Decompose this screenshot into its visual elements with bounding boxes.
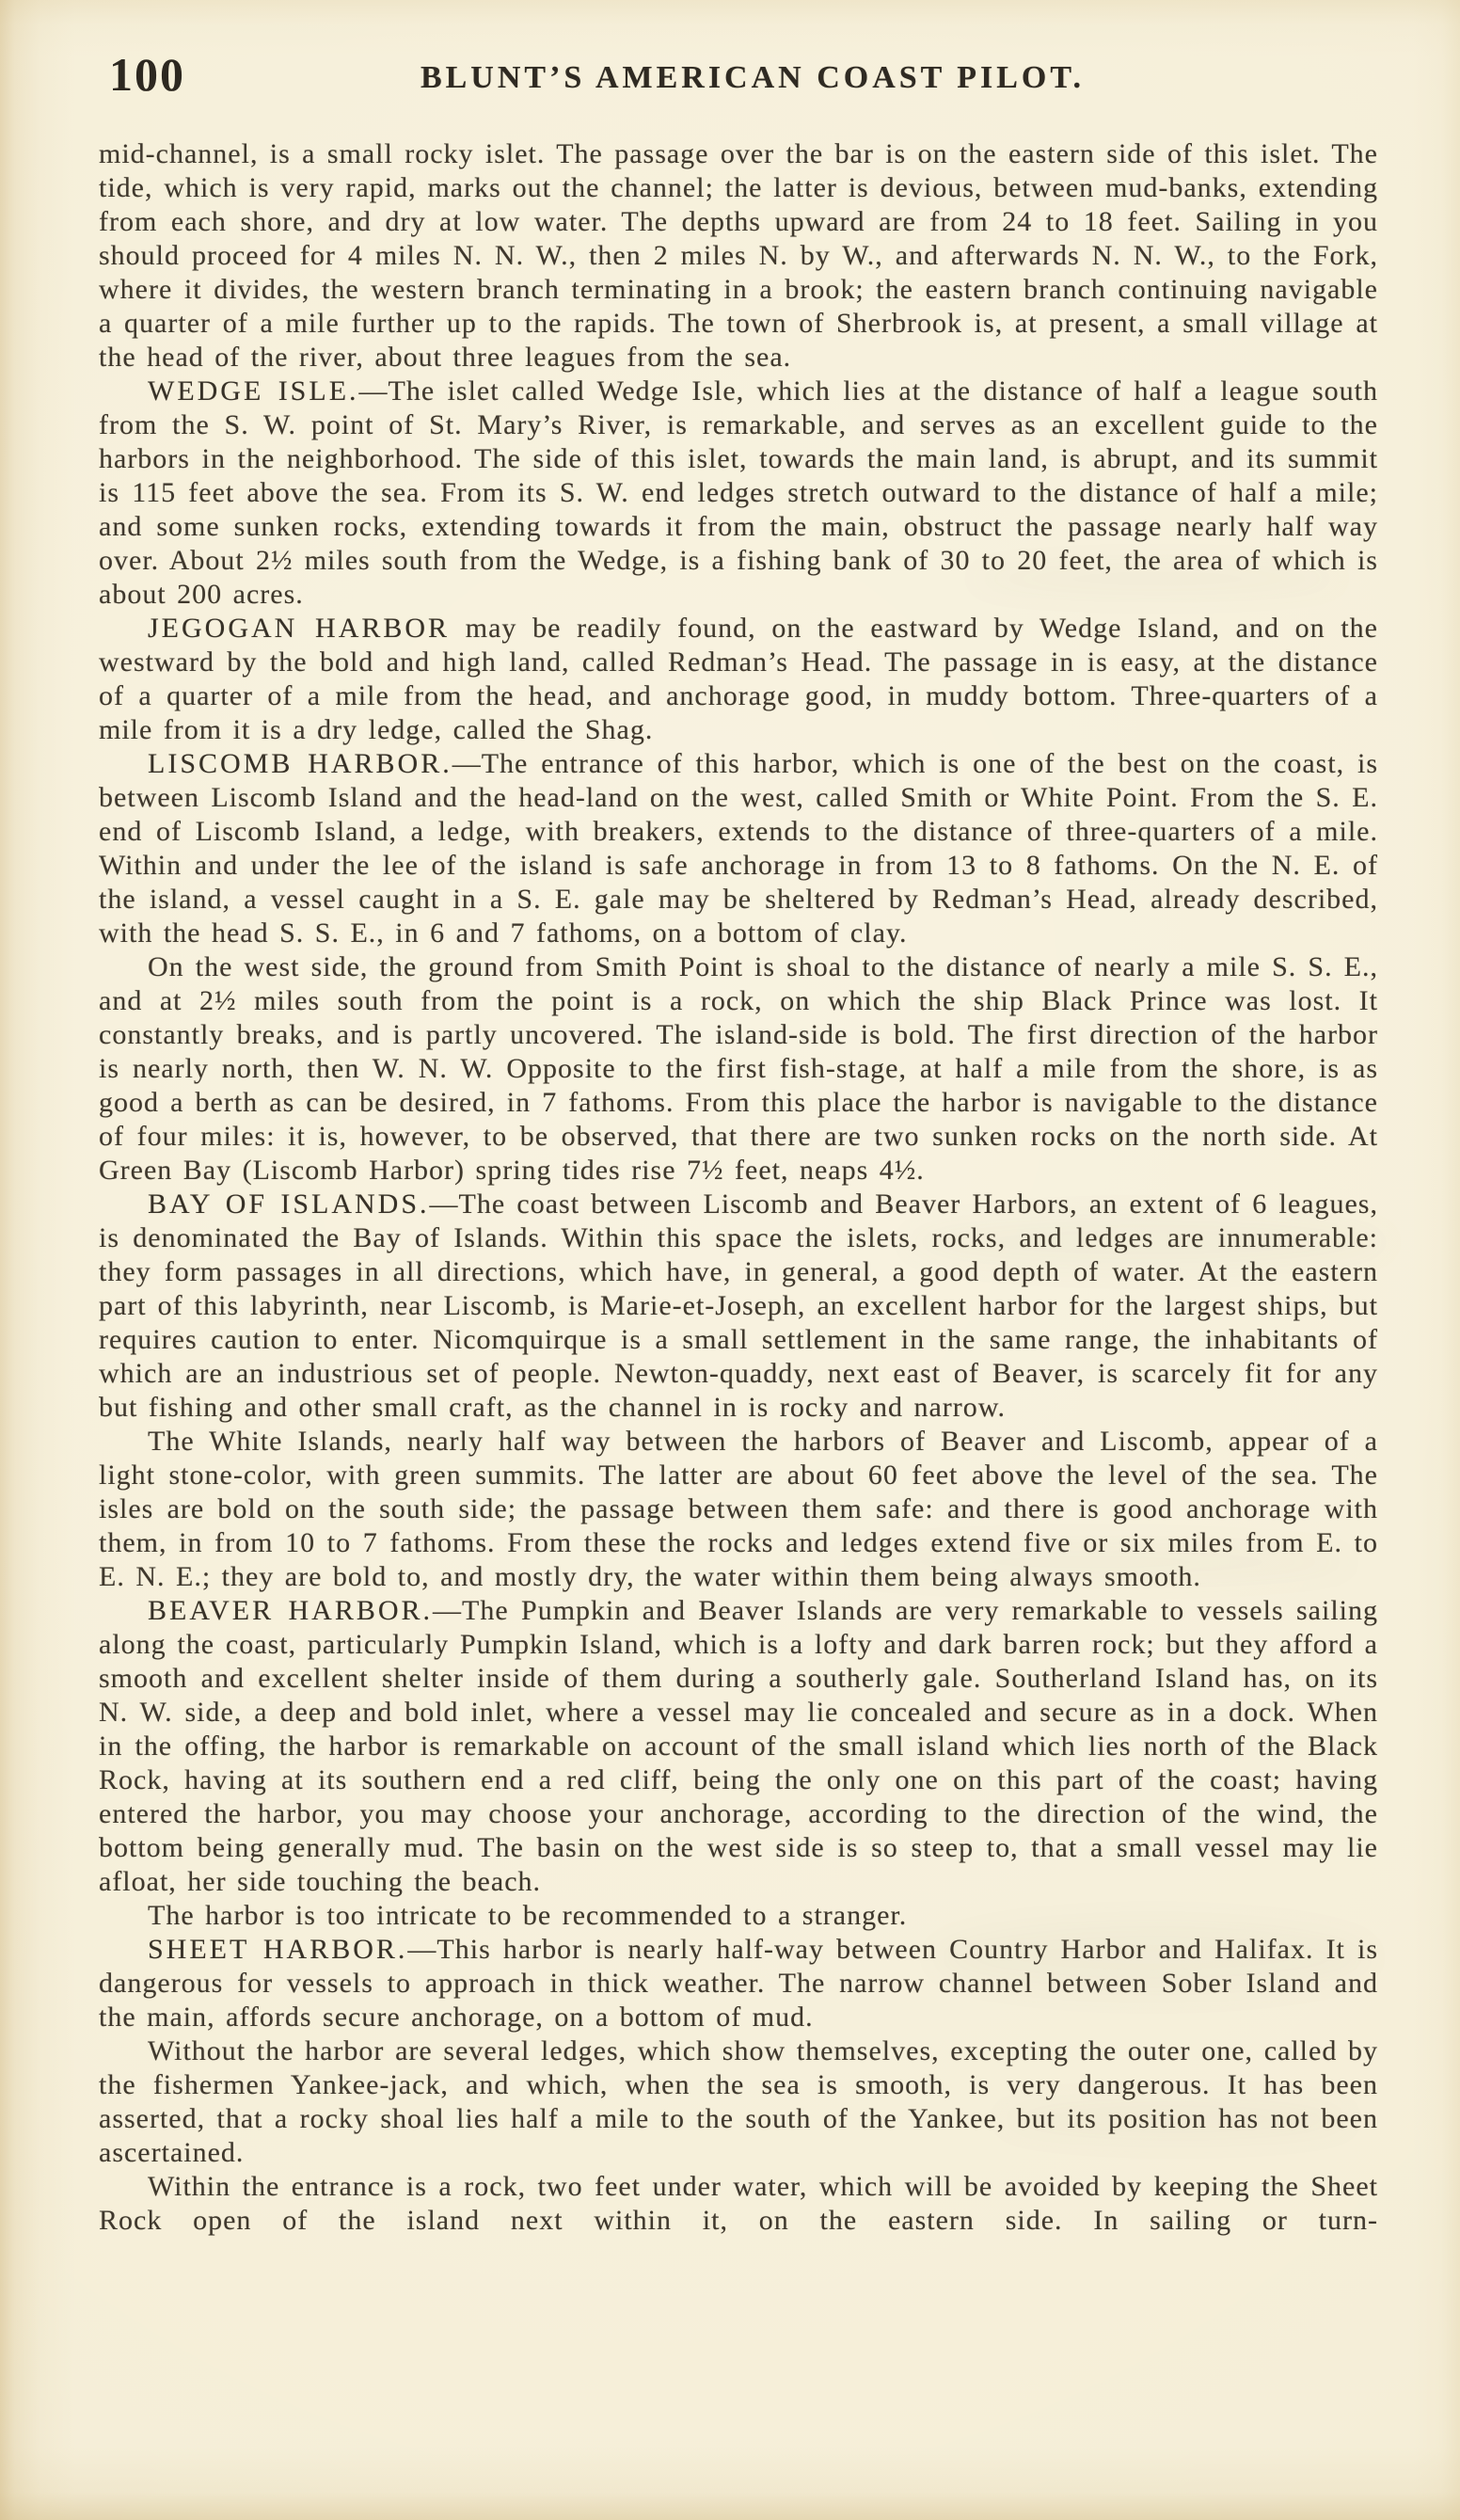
section-heading: WEDGE ISLE.	[148, 375, 359, 407]
paragraph: JEGOGAN HARBOR may be readily found, on …	[99, 612, 1378, 747]
paragraph: LISCOMB HARBOR.—The entrance of this har…	[99, 747, 1378, 950]
paragraph: SHEET HARBOR.—This harbor is nearly half…	[99, 1933, 1378, 2034]
paragraph-text: Within the entrance is a rock, two feet …	[99, 2171, 1378, 2236]
paragraph: On the west side, the ground from Smith …	[99, 950, 1378, 1188]
paragraph: The harbor is too intricate to be recomm…	[99, 1899, 1378, 1933]
paragraph-text: —The coast between Liscomb and Beaver Ha…	[99, 1188, 1378, 1423]
paragraph: The White Islands, nearly half way betwe…	[99, 1425, 1378, 1594]
paragraph-text: The White Islands, nearly half way betwe…	[99, 1426, 1378, 1592]
paragraph: mid-channel, is a small rocky islet. The…	[99, 137, 1378, 375]
section-heading: JEGOGAN HARBOR	[148, 613, 450, 644]
page-body: mid-channel, is a small rocky islet. The…	[99, 137, 1378, 2238]
paragraph-text: mid-channel, is a small rocky islet. The…	[99, 138, 1378, 373]
section-heading: BAY OF ISLANDS.	[148, 1188, 430, 1220]
paragraph: WEDGE ISLE.—The islet called Wedge Isle,…	[99, 375, 1378, 612]
running-title: BLUNT’S AMERICAN COAST PILOT.	[122, 60, 1383, 96]
section-heading: BEAVER HARBOR.	[148, 1595, 433, 1626]
paragraph-text: —The Pumpkin and Beaver Islands are very…	[99, 1595, 1378, 1897]
paragraph: BAY OF ISLANDS.—The coast between Liscom…	[99, 1188, 1378, 1425]
paragraph-text: —The islet called Wedge Isle, which lies…	[99, 375, 1378, 610]
paragraph: BEAVER HARBOR.—The Pumpkin and Beaver Is…	[99, 1594, 1378, 1899]
paragraph-text: Without the harbor are several ledges, w…	[99, 2035, 1378, 2168]
paragraph-text: The harbor is too intricate to be recomm…	[148, 1900, 907, 1931]
section-heading: SHEET HARBOR.	[148, 1934, 407, 1965]
paragraph: Without the harbor are several ledges, w…	[99, 2034, 1378, 2170]
book-page: 100 BLUNT’S AMERICAN COAST PILOT. mid-ch…	[0, 0, 1460, 2520]
paragraph: Within the entrance is a rock, two feet …	[99, 2170, 1378, 2238]
paragraph-text: On the west side, the ground from Smith …	[99, 951, 1378, 1186]
section-heading: LISCOMB HARBOR.	[148, 748, 452, 779]
